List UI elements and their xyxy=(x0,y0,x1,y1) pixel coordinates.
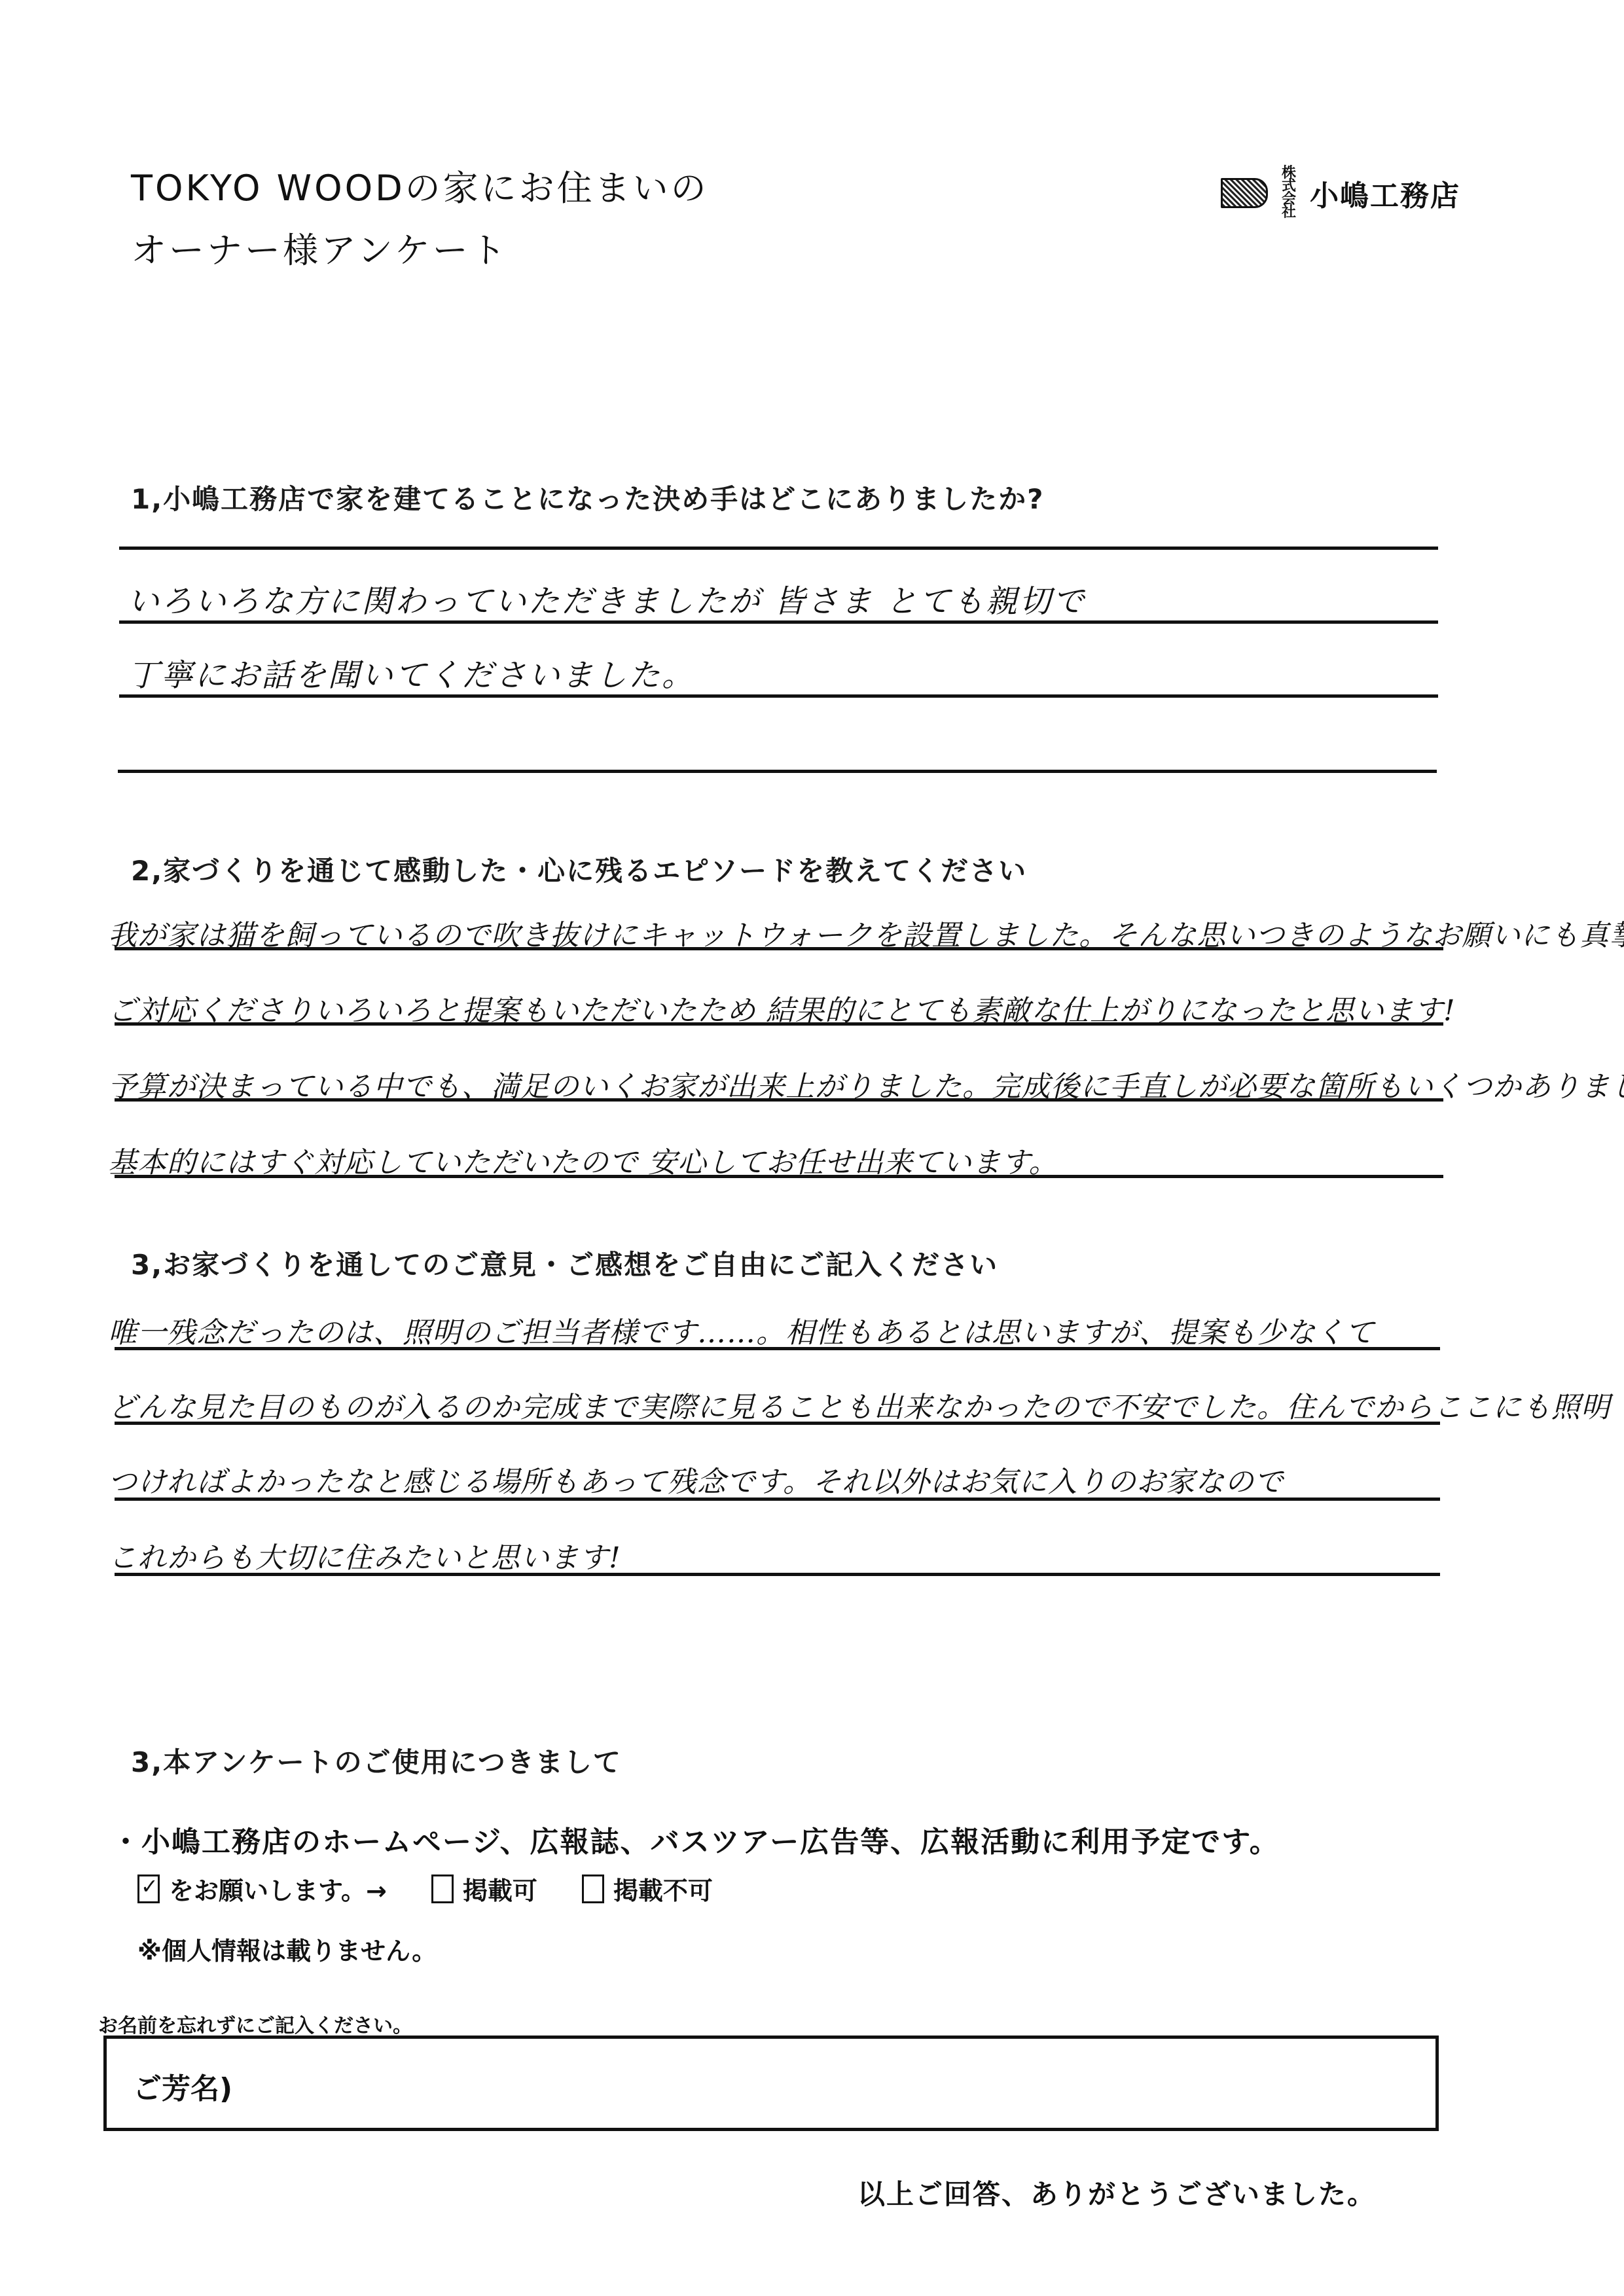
answer-line xyxy=(118,770,1437,773)
page-title-line-1: TOKYO WOODの家にお住まいの xyxy=(131,160,709,211)
page-title-line-2: オーナー様アンケート xyxy=(131,223,509,273)
checkbox-example-icon xyxy=(137,1874,160,1903)
answer-line xyxy=(115,1098,1443,1102)
name-prompt: お名前を忘れずにご記入ください。 xyxy=(98,2009,412,2038)
closing-message: 以上ご回答、ありがとうございました。 xyxy=(857,2173,1376,2212)
question-3-answer-line-4[interactable]: これからも大切に住みたいと思います! xyxy=(108,1534,621,1576)
answer-line xyxy=(115,1022,1443,1026)
checkbox-publish-ok[interactable] xyxy=(431,1874,454,1903)
privacy-note: ※個人情報は載りません。 xyxy=(137,1931,437,1967)
question-1-heading: 1,小嶋工務店で家を建てることになった決め手はどこにありましたか? xyxy=(131,478,1045,517)
question-3-answer-line-1[interactable]: 唯一残念だったのは、照明のご担当者様です……。相性もあるとは思いますが、提案も少… xyxy=(108,1309,1375,1351)
question-1-answer-line-1[interactable]: いろいろな方に関わっていただきましたが 皆さま とても親切で xyxy=(128,576,1086,621)
company-logo: 株式会社 小嶋工務店 xyxy=(1221,167,1460,219)
question-3-heading: 3,お家づくりを通してのご意見・ご感想をご自由にご記入ください xyxy=(131,1244,998,1283)
question-2-heading: 2,家づくりを通じて感動した・心に残るエピソードを教えてください xyxy=(131,850,1027,889)
consent-row: をお願いします。→ 掲載可 掲載不可 xyxy=(137,1871,713,1907)
name-field[interactable]: ご芳名) xyxy=(103,2036,1439,2131)
logo-corp-type: 株式会社 xyxy=(1276,167,1302,219)
question-3-answer-line-3[interactable]: つければよかったなと感じる場所もあって残念です。それ以外はお気に入りのお家なので xyxy=(108,1458,1284,1500)
answer-line xyxy=(115,947,1443,950)
logo-company-name: 小嶋工務店 xyxy=(1310,172,1460,214)
answer-line xyxy=(115,1573,1440,1576)
usage-heading: 3,本アンケートのご使用につきまして xyxy=(131,1741,622,1780)
question-3-answer-line-2[interactable]: どんな見た目のものが入るのか完成まで実際に見ることも出来なかったので不安でした。… xyxy=(108,1384,1610,1426)
answer-line xyxy=(115,1422,1440,1425)
name-field-label: ご芳名) xyxy=(133,2065,232,2107)
usage-description: ・小嶋工務店のホームページ、広報誌、バスツアー広告等、広報活動に利用予定です。 xyxy=(111,1818,1280,1860)
answer-line xyxy=(115,1498,1440,1501)
answer-line xyxy=(119,547,1438,550)
logo-mark-icon xyxy=(1221,178,1268,208)
answer-line xyxy=(115,1175,1443,1178)
option-publish-ng-label: 掲載不可 xyxy=(613,1871,713,1907)
option-publish-ok-label: 掲載可 xyxy=(463,1871,537,1907)
consent-instruction: をお願いします。→ xyxy=(169,1871,387,1907)
answer-line xyxy=(119,620,1438,624)
checkbox-publish-ng[interactable] xyxy=(582,1874,604,1903)
question-1-answer-line-2[interactable]: 丁寧にお話を聞いてくださいました。 xyxy=(128,650,695,695)
answer-line xyxy=(119,694,1438,698)
answer-line xyxy=(115,1347,1440,1350)
